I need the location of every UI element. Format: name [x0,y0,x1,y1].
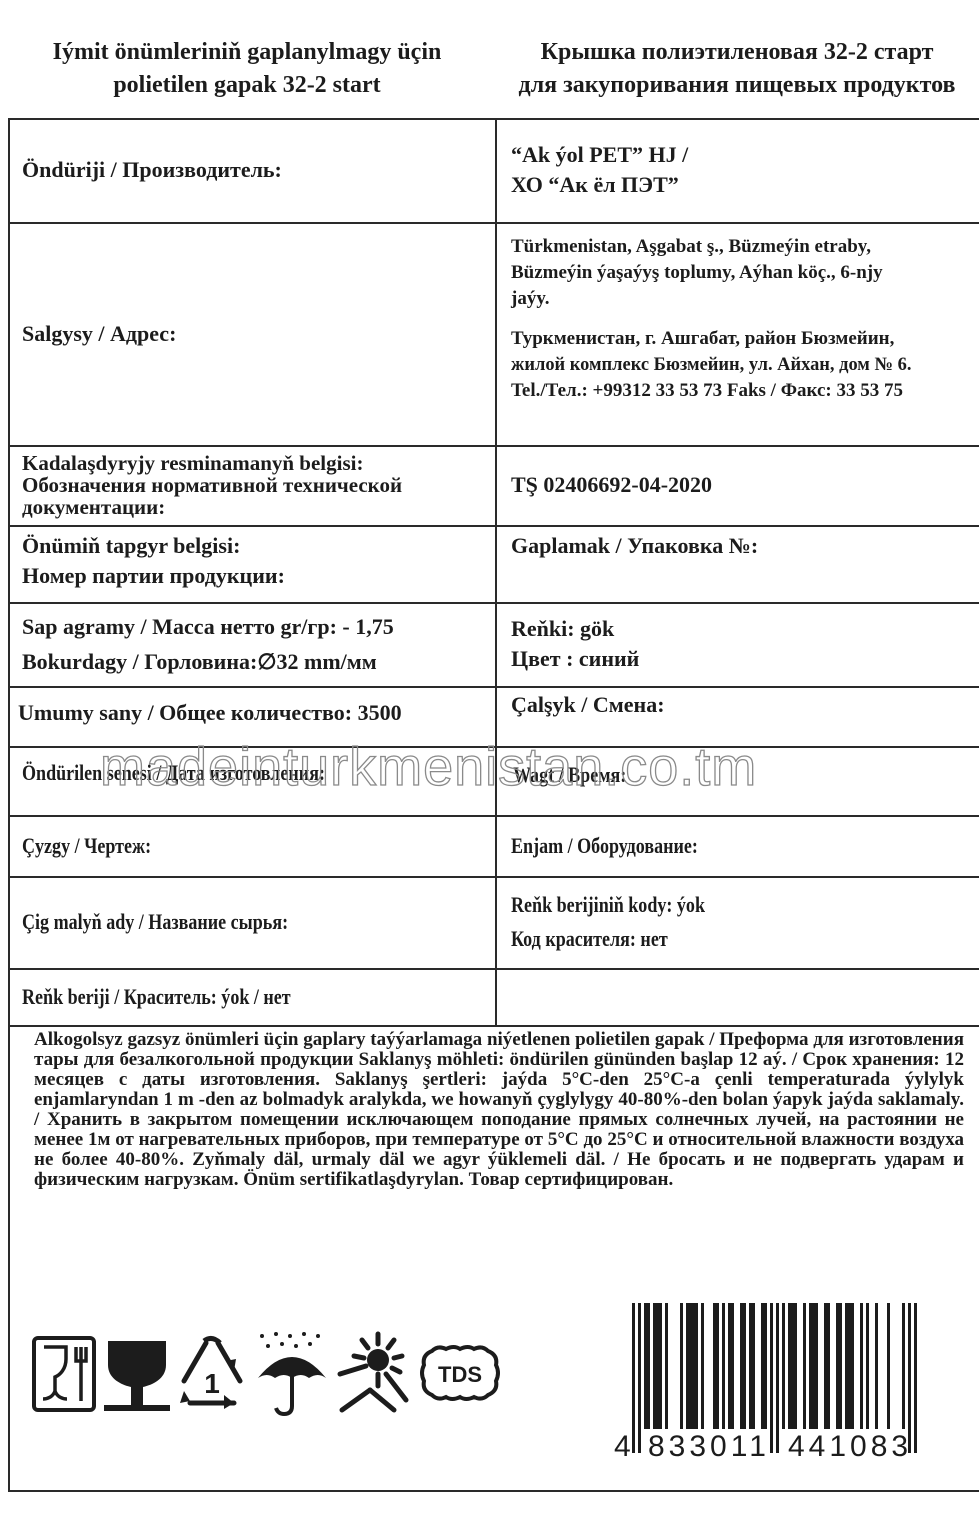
keep-dry-umbrella-icon [254,1330,330,1416]
standard-value: TŞ 02406692-04-2020 [497,445,979,525]
food-safe-icon [32,1333,98,1413]
manufacturer-label: Öndüriji / Производитель: [8,118,497,222]
recycle-pet-1-icon: 1 [176,1333,248,1413]
fragile-glass-icon [104,1333,170,1413]
title-turkmen: Iýmit önümleriniň gaplanylmagy üçin poli… [0,36,494,102]
equipment-label: Enjam / Оборудование: [497,815,979,876]
title-ru-line-1: Крышка полиэтиленовая 32-2 старт [492,36,979,69]
barcode-first-digit: 4 [614,1430,635,1464]
batch-label: Önümiň tapgyr belgisi: Номер партии прод… [8,525,497,602]
quantity-label: Umumy sany / Общее количество: 3500 [8,686,497,746]
row-manufacturer: Öndüriji / Производитель: “Ak ýol PET” H… [8,118,979,224]
storage-notes: Alkogolsyz gazsyz önümleri üçin gaplary … [34,1030,964,1190]
dye-label: Reňk beriji / Краситель: ýok / нет [8,968,497,1025]
dye-value [497,968,979,1025]
manufacturer-value: “Ak ýol PET” HJ / ХО “Ак ёл ПЭТ” [497,118,979,222]
svg-text:1: 1 [204,1368,220,1399]
notes-text: Alkogolsyz gazsyz önümleri üçin gaplary … [34,1030,964,1190]
standard-label: Kadalaşdyryjy resminamanyň belgisi: Обоз… [8,445,497,525]
title-tk-line-2: polietilen gapak 32-2 start [0,69,494,102]
drawing-label: Çyzgy / Чертеж: [8,815,497,876]
packaging-number-label: Gaplamak / Упаковка №: [497,525,979,602]
row-dye: Reňk beriji / Краситель: ýok / нет [8,968,979,1027]
production-date-label: Öndürilen senesi / Дата изготовления: [8,746,497,815]
barcode-right-group: 441083 [788,1430,912,1464]
title-russian: Крышка полиэтиленовая 32-2 старт для зак… [492,36,979,102]
color-value: Reňki: gök Цвет : синий [497,602,979,686]
row-batch: Önümiň tapgyr belgisi: Номер партии прод… [8,525,979,604]
row-address: Salgysy / Адрес: Türkmenistan, Aşgabat ş… [8,222,979,447]
row-date: Öndürilen senesi / Дата изготовления: Wa… [8,746,979,817]
time-label: Wagt / Время: [497,746,979,815]
pictogram-row: 1 TDS [32,1330,502,1416]
raw-material-label: Çig malyň ady / Название сырья: [8,876,497,968]
row-drawing: Çyzgy / Чертеж: Enjam / Оборудование: [8,815,979,878]
row-standard: Kadalaşdyryjy resminamanyň belgisi: Обоз… [8,445,979,527]
dye-code-value: Reňk berijiniň kody: ýok Код красителя: … [497,876,979,968]
mass-label: Sap agramy / Масса нетто gr/гр: - 1,75 B… [8,602,497,686]
row-mass: Sap agramy / Масса нетто gr/гр: - 1,75 B… [8,602,979,688]
barcode-left-group: 833011 [648,1430,770,1464]
svg-text:TDS: TDS [438,1362,482,1387]
address-value: Türkmenistan, Aşgabat ş., Büzmeýin etrab… [497,222,979,445]
address-label: Salgysy / Адрес: [8,222,497,445]
row-quantity: Umumy sany / Общее количество: 3500 Çalş… [8,686,979,748]
row-material: Çig malyň ady / Название сырья: Reňk ber… [8,876,979,970]
shift-label: Çalşyk / Смена: [497,686,979,746]
keep-away-from-sunlight-icon [336,1330,412,1416]
tds-mark-icon: TDS [418,1343,502,1403]
title-tk-line-1: Iýmit önümleriniň gaplanylmagy üçin [0,36,494,69]
title-ru-line-2: для закупоривания пищевых продуктов [492,69,979,102]
